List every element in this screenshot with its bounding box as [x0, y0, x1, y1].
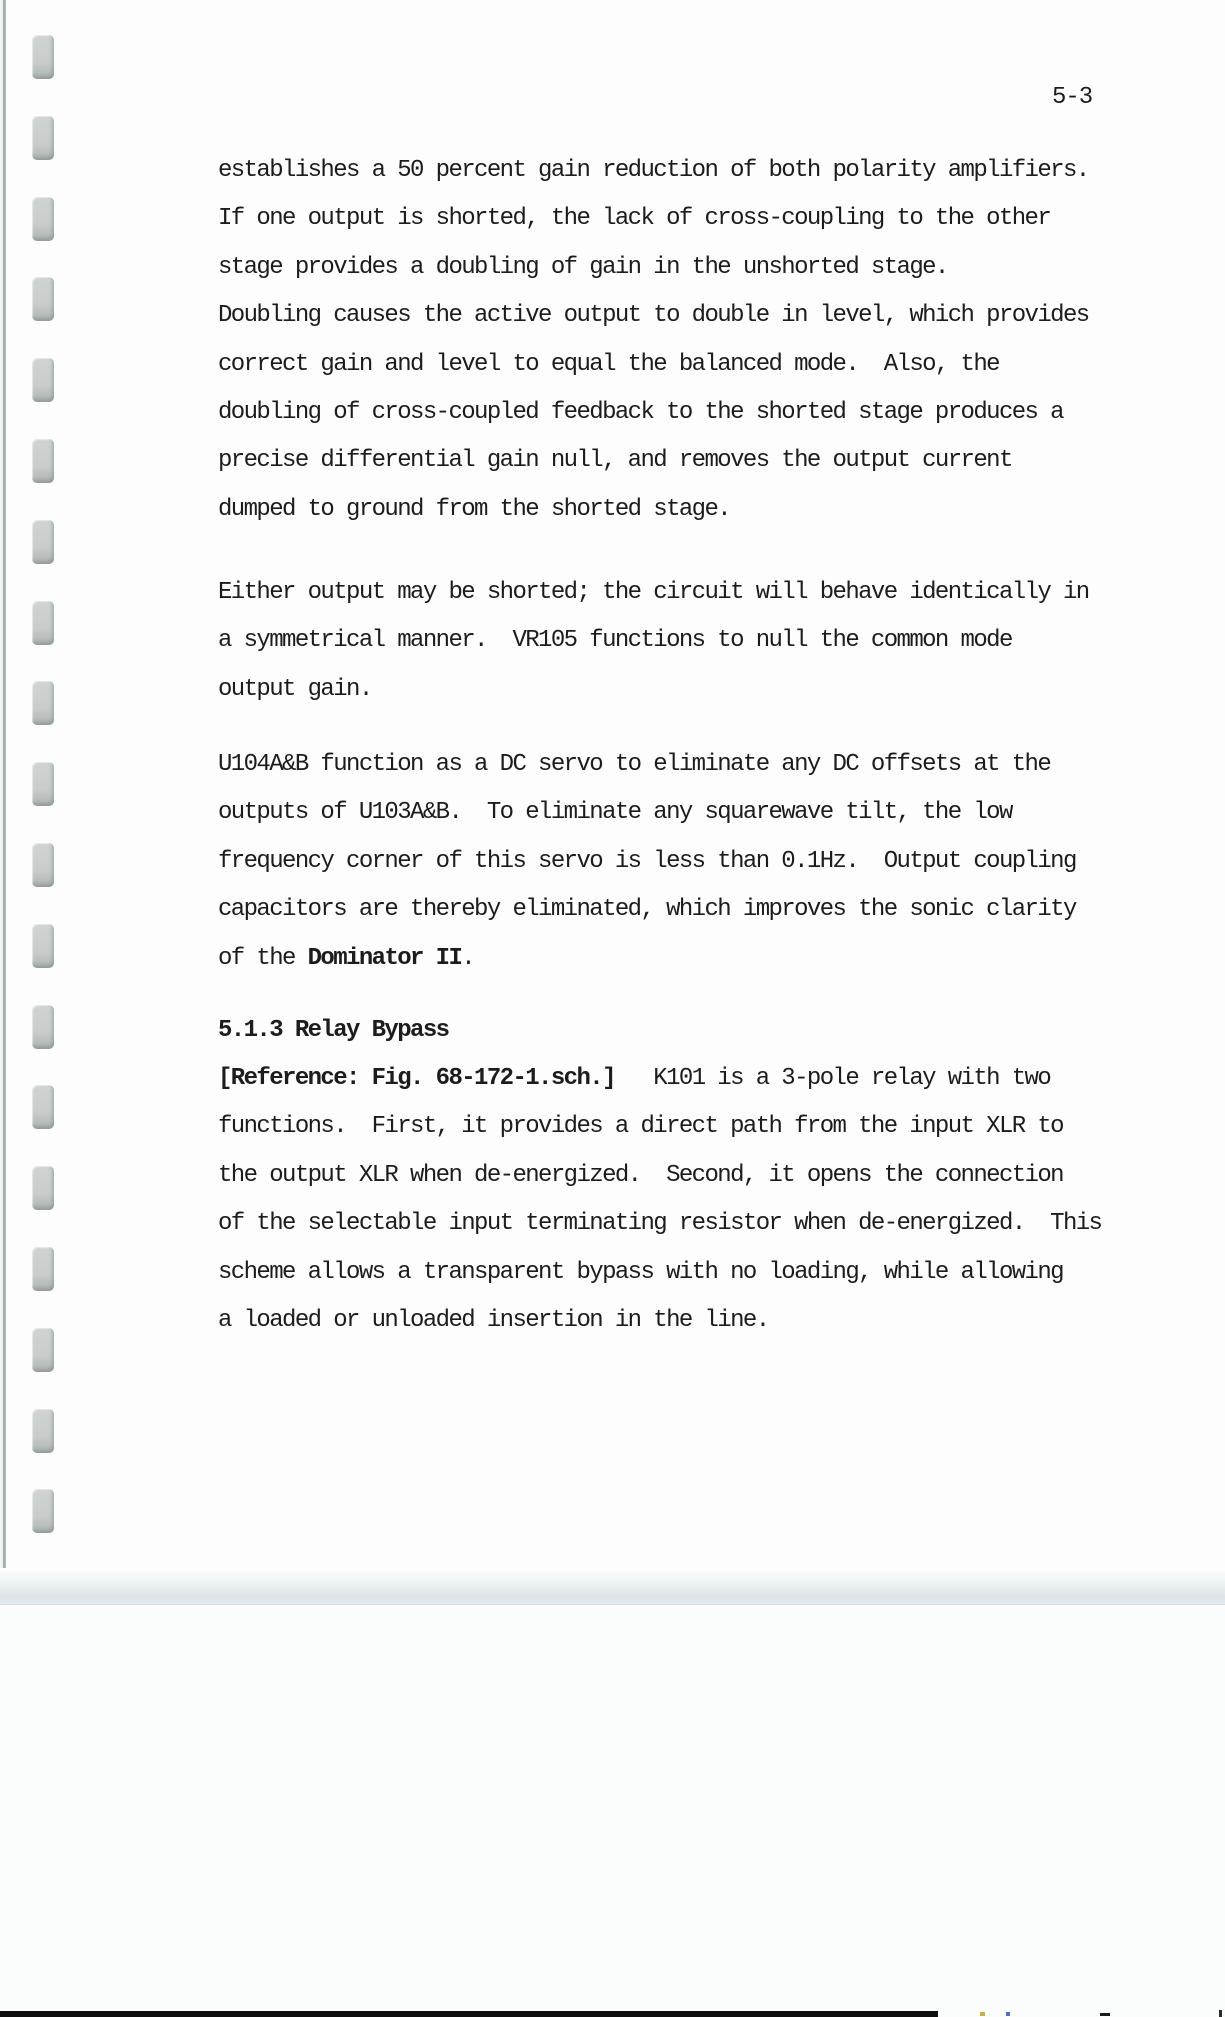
product-name: Dominator II — [308, 945, 462, 972]
text-line: stage provides a doubling of gain in the… — [218, 244, 1148, 292]
text-line: Either output may be shorted; the circui… — [218, 569, 1148, 617]
text-line: U104A&B function as a DC servo to elimin… — [218, 741, 1148, 789]
text-line: of the selectable input terminating resi… — [218, 1200, 1148, 1248]
page-bottom-shadow — [0, 1568, 1225, 1605]
scan-bottom-line — [0, 2011, 938, 2017]
text-line: If one output is shorted, the lack of cr… — [218, 195, 1148, 243]
paragraph-relay-bypass: [Reference: Fig. 68-172-1.sch.] K101 is … — [218, 1055, 1148, 1345]
text-line: establishes a 50 percent gain reduction … — [218, 147, 1148, 195]
scan-artifact — [1219, 2010, 1222, 2017]
text-line: correct gain and level to equal the bala… — [218, 341, 1148, 389]
scan-artifact — [1100, 2013, 1110, 2016]
text-line: capacitors are thereby eliminated, which… — [218, 886, 1148, 934]
text-line: output gain. — [218, 666, 1148, 714]
heading-relay-bypass: 5.1.3 Relay Bypass — [218, 1007, 1148, 1055]
text-line: frequency corner of this servo is less t… — [218, 838, 1148, 886]
text-line: precise differential gain null, and remo… — [218, 437, 1148, 485]
text-line: [Reference: Fig. 68-172-1.sch.] K101 is … — [218, 1055, 1148, 1103]
text-line: a symmetrical manner. VR105 functions to… — [218, 617, 1148, 665]
text-line: functions. First, it provides a direct p… — [218, 1103, 1148, 1151]
text-line: of the Dominator II. — [218, 935, 1148, 983]
scan-artifact — [1006, 2012, 1010, 2016]
paragraph-gain-reduction: establishes a 50 percent gain reduction … — [218, 147, 1148, 534]
reference-label: [Reference: Fig. 68-172-1.sch.] — [218, 1065, 615, 1092]
page-number: 5-3 — [1052, 84, 1092, 111]
scanned-manual-page: 5-3 establishes a 50 percent gain reduct… — [0, 0, 1225, 2017]
text-line: a loaded or unloaded insertion in the li… — [218, 1297, 1148, 1345]
paragraph-shorted-output: Either output may be shorted; the circui… — [218, 569, 1148, 714]
paragraph-dc-servo: U104A&B function as a DC servo to elimin… — [218, 741, 1148, 983]
text-segment: K101 is a 3-pole relay with two — [615, 1065, 1050, 1092]
text-line: the output XLR when de-energized. Second… — [218, 1152, 1148, 1200]
text-segment: . — [461, 945, 474, 972]
section-heading: 5.1.3 Relay Bypass — [218, 1007, 1148, 1055]
text-line: doubling of cross-coupled feedback to th… — [218, 389, 1148, 437]
text-segment: of the — [218, 945, 308, 972]
text-line: Doubling causes the active output to dou… — [218, 292, 1148, 340]
scan-artifact — [980, 2012, 985, 2016]
text-line: scheme allows a transparent bypass with … — [218, 1249, 1148, 1297]
page-text: 5-3 establishes a 50 percent gain reduct… — [0, 0, 1225, 1568]
text-line: outputs of U103A&B. To eliminate any squ… — [218, 789, 1148, 837]
text-line: dumped to ground from the shorted stage. — [218, 486, 1148, 534]
